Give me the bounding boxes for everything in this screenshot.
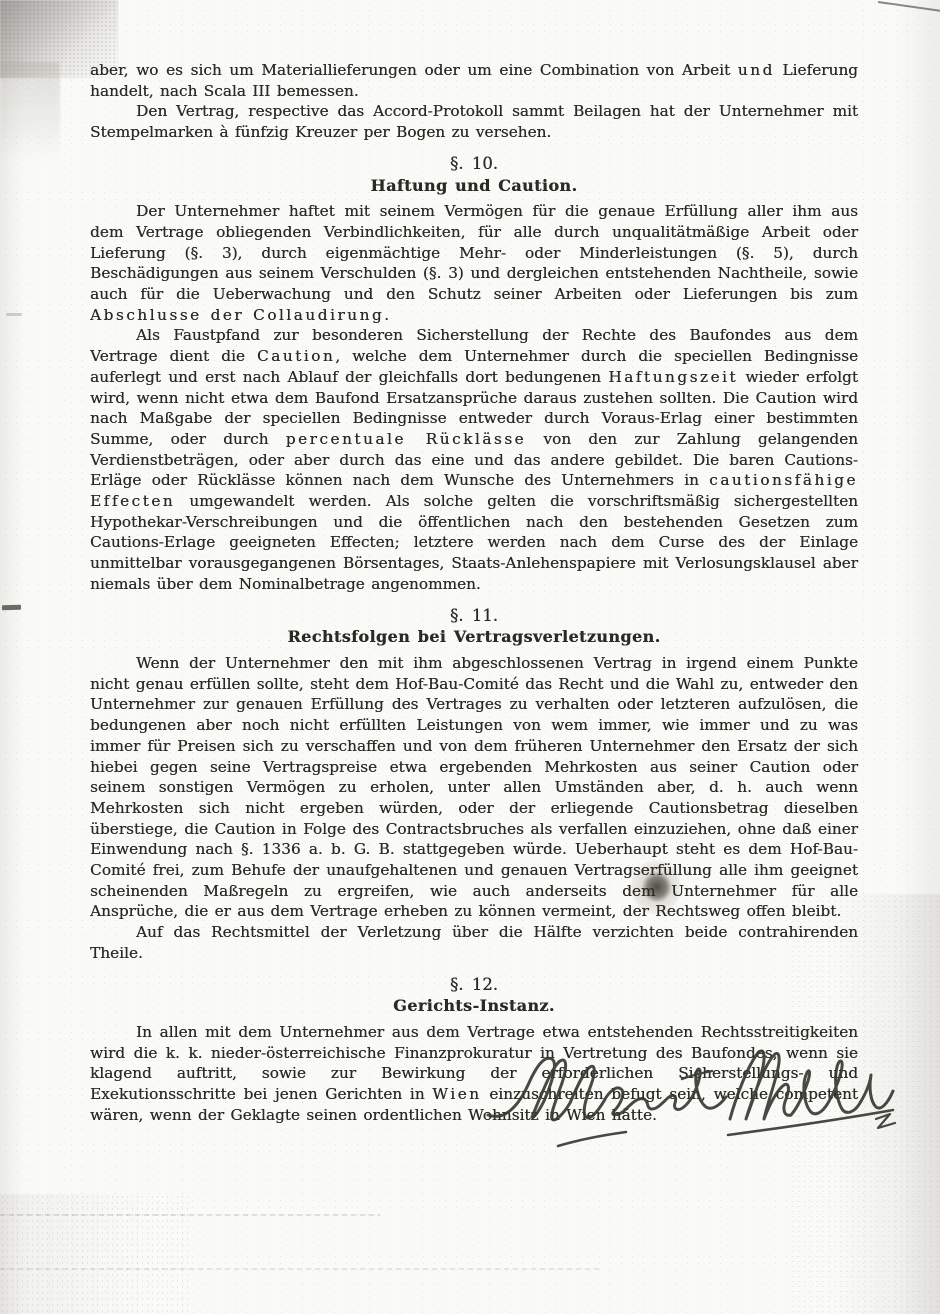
emphasized-spaced-text: Abschlusse der Collaudirung: [90, 306, 384, 324]
left-margin-mark: [2, 605, 21, 611]
text-segment: .: [384, 306, 389, 324]
text-segment: Den Vertrag, respective das Accord-Proto…: [90, 102, 858, 141]
paragraph: Als Faustpfand zur besonderen Sicherstel…: [90, 325, 858, 594]
section-number: §. 12.: [90, 975, 858, 996]
emphasized-spaced-text: und: [738, 61, 775, 79]
scan-speckle-bottom-left: [0, 1194, 190, 1314]
signature-stroke-albert: [488, 1058, 726, 1120]
emphasized-spaced-text: Wien: [432, 1085, 481, 1103]
text-segment: umgewandelt werden. Als solche gelten di…: [90, 492, 858, 593]
document-body: aber, wo es sich um Materiallieferungen …: [90, 60, 858, 1125]
scan-line-artifact: [0, 1214, 380, 1216]
section-title: Rechtsfolgen bei Vertragsverletzungen.: [90, 627, 858, 648]
paragraph: Der Unternehmer haftet mit seinem Vermög…: [90, 201, 858, 325]
left-margin-mark: [6, 313, 22, 316]
signature-autograph: [478, 1033, 902, 1169]
signature-stroke-milde: [730, 1051, 893, 1119]
signature-stroke-flourish: [876, 1114, 895, 1128]
text-segment: Der Unternehmer haftet mit seinem Vermög…: [90, 202, 858, 303]
text-segment: Wenn der Unternehmer den mit ihm abgesch…: [90, 654, 858, 920]
paragraph: Den Vertrag, respective das Accord-Proto…: [90, 101, 858, 142]
scan-line-artifact: [0, 1268, 600, 1270]
text-segment: Auf das Rechtsmittel der Verletzung über…: [90, 923, 858, 962]
scanned-document-page: { "colors": { "paper": "#fafaf7", "ink":…: [0, 0, 940, 1314]
paragraph: Auf das Rechtsmittel der Verletzung über…: [90, 922, 858, 963]
scan-line-artifact-top-right: [878, 1, 940, 12]
signature-dash: [558, 1132, 626, 1146]
emphasized-spaced-text: Caution: [257, 347, 335, 365]
section-title: Gerichts-Instanz.: [90, 996, 858, 1017]
paragraph: Wenn der Unternehmer den mit ihm abgesch…: [90, 653, 858, 922]
emphasized-spaced-text: Haftungszeit: [608, 368, 738, 386]
signature-block: [478, 1033, 902, 1169]
scan-edge-shade-left: [0, 0, 26, 1314]
emphasized-spaced-text: percentuale Rücklässe: [286, 430, 526, 448]
section-title: Haftung und Caution.: [90, 176, 858, 197]
text-segment: aber, wo es sich um Materiallieferungen …: [90, 61, 738, 79]
section-number: §. 11.: [90, 606, 858, 627]
paragraph: aber, wo es sich um Materiallieferungen …: [90, 60, 858, 101]
section-number: §. 10.: [90, 154, 858, 175]
signature-underline: [728, 1110, 893, 1135]
scan-corner-artifact-fade: [0, 62, 60, 182]
